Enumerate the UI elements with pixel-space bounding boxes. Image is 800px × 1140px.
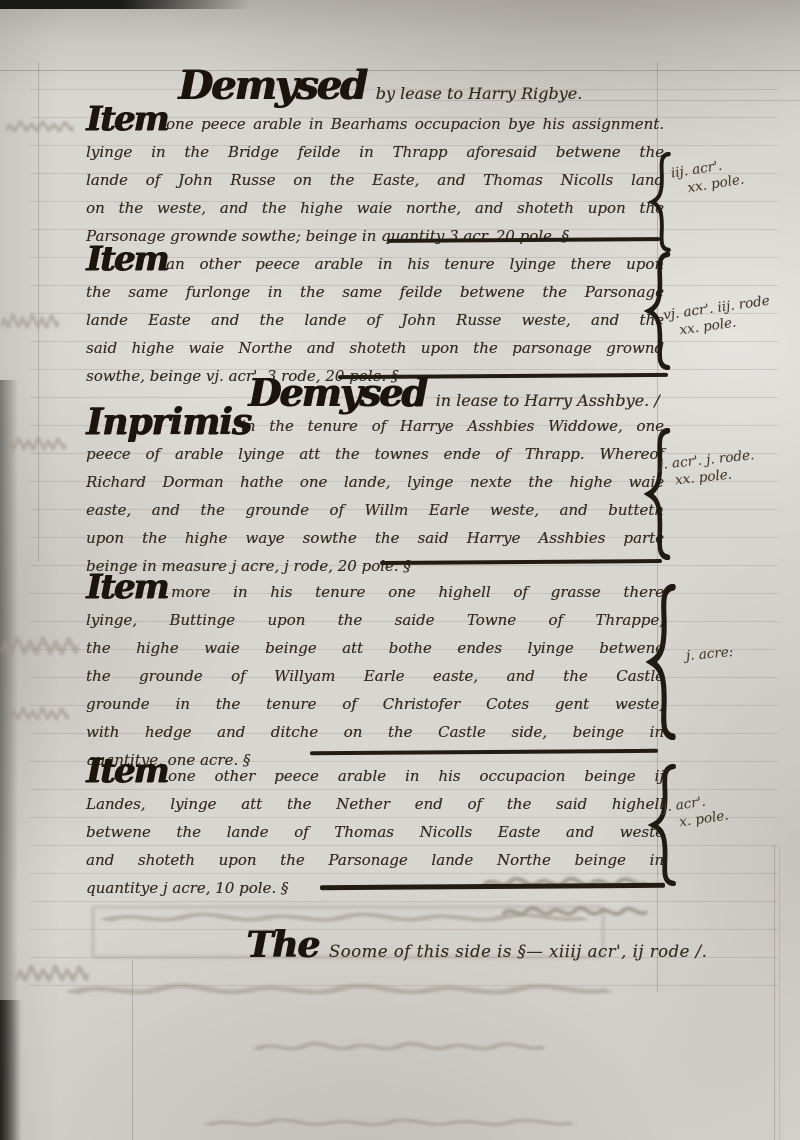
margin-note-line: j. acre: (685, 644, 734, 664)
entry-line: and shoteth upon the Parsonage lande Nor… (86, 846, 664, 874)
entry-lead-word: Item (86, 242, 167, 276)
entry-line: peece of arable lyinge att the townes en… (86, 440, 664, 468)
entry-line: lyinge, Buttinge upon the saide Towne of… (86, 606, 664, 634)
entry-line: the grounde of Willyam Earle easte, and … (86, 662, 664, 690)
heading-tail: in lease to Harry Asshbye. / (436, 391, 660, 410)
page-edge-line-2 (779, 845, 780, 1140)
heading-tail: by lease to Harry Rigbye. (376, 84, 583, 103)
entry-5: Item one other peece arable in his occup… (86, 762, 664, 902)
entry-lead-word: Item (86, 570, 167, 604)
showthrough-ghost (5, 425, 67, 465)
margin-acreage-note: iij. acr'. xx. pole. (670, 155, 746, 200)
showthrough-ghost (250, 1035, 550, 1059)
engrossed-word-the: The (246, 924, 319, 966)
entry-2: Item an other peece arable in his tenure… (86, 250, 664, 390)
curly-brace (646, 584, 680, 740)
entry-1: Item one peece arable in Bearhams occupa… (86, 110, 664, 250)
entry-line: grounde in the tenure of Christofer Cote… (86, 690, 664, 718)
entry-line: with hedge and ditche on the Castle side… (86, 718, 664, 746)
entry-line: betwene the lande of Thomas Nicolls East… (86, 818, 664, 846)
binding-shadow-top (0, 0, 250, 9)
page-edge-line (774, 845, 775, 1140)
entry-3: Inprimis in the tenure of Harrye Asshbie… (86, 412, 664, 580)
showthrough-ghost (0, 620, 80, 675)
entry-line: beinge in measure j acre, j rode, 20 pol… (86, 552, 664, 580)
entry-4: Item more in his tenure one highell of g… (86, 578, 664, 774)
entry-line: Landes, lyinge att the Nether end of the… (86, 790, 664, 818)
entry-line: one peece arable in Bearhams occupacion … (86, 110, 664, 138)
binding-gutter-shadow-lower (0, 1000, 22, 1140)
margin-acreage-note: j. acre: (685, 644, 734, 665)
showthrough-ghost (60, 975, 620, 1005)
page-sum-line: The Soome of this side is §— xiiij acr',… (246, 924, 707, 966)
showthrough-ghost (15, 950, 90, 1000)
entry-line: easte, and the grounde of Willm Earle we… (86, 496, 664, 524)
entry-line: upon the highe waye sowthe the said Harr… (86, 524, 664, 552)
sum-text: Soome of this side is §— xiiij acr', ij … (329, 942, 707, 961)
showthrough-ghost (200, 1112, 580, 1134)
showthrough-ghost (5, 110, 75, 145)
showthrough-ghost (10, 695, 70, 735)
margin-acreage-note: vj. acr'. iij. rode xx. pole. (662, 293, 773, 342)
entry-line: the same furlonge in the same feilde bet… (86, 278, 664, 306)
entry-line: one other peece arable in his occupacion… (86, 762, 664, 790)
entry-line: an other peece arable in his tenure lyin… (86, 250, 664, 278)
entry-lead-word: Item (86, 102, 167, 136)
engrossed-word-demysed: Demysed (248, 370, 426, 415)
entry-line: Parsonage grownde sowthe; beinge in quan… (86, 222, 664, 250)
showthrough-ghost (0, 300, 60, 345)
entry-line: Richard Dorman hathe one lande, lyinge n… (86, 468, 664, 496)
manuscript-page: Demysed by lease to Harry Rigbye. Item o… (0, 0, 800, 1140)
entry-line: lyinge in the Bridge feilde in Thrapp af… (86, 138, 664, 166)
entry-line: the highe waie beinge att bothe endes ly… (86, 634, 664, 662)
margin-acreage-note: j. acr'. x. pole. (662, 791, 730, 834)
curly-brace (644, 428, 674, 560)
entry-line: on the weste, and the highe waie northe,… (86, 194, 664, 222)
engrossed-word-demysed: Demysed (178, 62, 366, 109)
entry-line: more in his tenure one highell of grasse… (86, 578, 664, 606)
entry-line: said highe waie Northe and shoteth upon … (86, 334, 664, 362)
section-heading-1: Demysed by lease to Harry Rigbye. (178, 62, 582, 109)
entry-line: lande of John Russe on the Easte, and Th… (86, 166, 664, 194)
entry-line: lande Easte and the lande of John Russe … (86, 306, 664, 334)
entry-lead-word: Inprimis (86, 404, 251, 440)
entry-lead-word: Item (86, 754, 167, 788)
section-heading-2: Demysed in lease to Harry Asshbye. / (248, 370, 660, 415)
